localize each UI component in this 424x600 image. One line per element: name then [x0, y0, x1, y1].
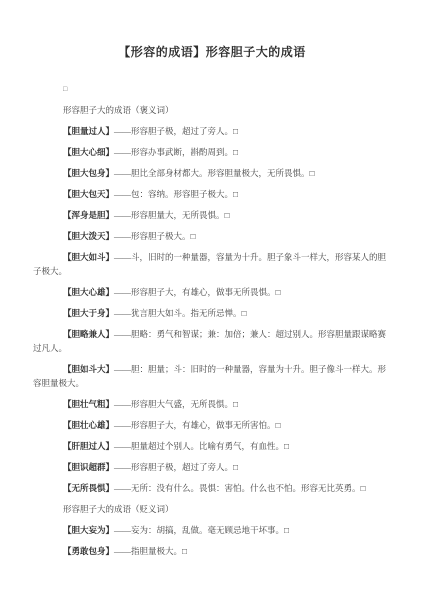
idiom-definition: ——形容胆量大，无所畏惧。□: [114, 210, 230, 220]
idiom-term: 【肝胆过人】: [63, 441, 114, 451]
idiom-entry: 【勇敢包身】——指胆量极大。□: [33, 544, 391, 558]
idiom-entry: 【胆壮心雄】——形容胆子大，有雄心，做事无所害怕。□: [33, 418, 391, 432]
idiom-entry: 【浑身是胆】——形容胆量大，无所畏惧。□: [33, 208, 391, 222]
idiom-definition: ——形容胆子大，有雄心，做事无所畏惧。□: [114, 287, 281, 297]
section-heading-negative: 形容胆子大的成语（贬义词）: [33, 502, 391, 516]
idiom-entry: 【胆量过人】——形容胆子极，超过了旁人。□: [33, 124, 391, 138]
missing-glyph-box: □: [33, 82, 391, 96]
idiom-entry: 【胆大泼天】——形容胆子极大。□: [33, 229, 391, 243]
idiom-definition: ——包：容纳。形容胆子极大。□: [114, 189, 238, 199]
idiom-entry: 【肝胆过人】——胆量超过个别人。比喻有勇气，有血性。□: [33, 439, 391, 453]
idiom-entry: 【胆大妄为】——妄为：胡搞，乱做。毫无顾忌地干坏事。□: [33, 523, 391, 537]
idiom-entry: 【胆大心细】——形容办事武断，斟酌周到。□: [33, 145, 391, 159]
idiom-term: 【胆大于身】: [63, 308, 114, 318]
idiom-term: 【胆量过人】: [63, 126, 114, 136]
idiom-entry: 【无所畏惧】——无所：没有什么。畏惧：害怕。什么也不怕。形容无比英勇。□: [33, 481, 391, 495]
idiom-definition: ——形容胆子极，超过了旁人。□: [114, 126, 238, 136]
idiom-term: 【胆大包身】: [63, 168, 114, 178]
document-page: 【形容的成语】形容胆子大的成语 □ 形容胆子大的成语（褒义词） 【胆量过人】——…: [0, 0, 424, 600]
idiom-term: 【胆大泼天】: [63, 231, 114, 241]
page-title: 【形容的成语】形容胆子大的成语: [33, 44, 391, 60]
idiom-entry: 【胆如斗大】——胆：胆量；斗：旧时的一种量器，容量为十升。胆子像斗一样大。形容胆…: [33, 362, 391, 390]
idiom-definition: ——形容办事武断，斟酌周到。□: [114, 147, 238, 157]
idiom-term: 【胆如斗大】: [63, 364, 114, 374]
idiom-definition: ——妄为：胡搞，乱做。毫无顾忌地干坏事。□: [114, 525, 289, 535]
section-heading-positive: 形容胆子大的成语（褒义词）: [33, 103, 391, 117]
idiom-definition: ——形容胆大气盛，无所畏惧。□: [114, 399, 238, 409]
idiom-entry: 【胆大如斗】——斗，旧时的一种量器，容量为十升。胆子象斗一样大，形容某人的胆子极…: [33, 250, 391, 278]
idiom-entry: 【胆大包身】——胆比全部身材都大。形容胆量极大，无所畏惧。□: [33, 166, 391, 180]
idiom-term: 【胆略兼人】: [63, 329, 114, 339]
idiom-entry: 【胆壮气粗】——形容胆大气盛，无所畏惧。□: [33, 397, 391, 411]
idiom-definition: ——形容胆子极大。□: [114, 231, 196, 241]
idiom-term: 【勇敢包身】: [63, 546, 114, 556]
idiom-entry: 【胆大包天】——包：容纳。形容胆子极大。□: [33, 187, 391, 201]
idiom-term: 【胆识超群】: [63, 462, 114, 472]
idiom-definition: ——犹言胆大如斗。指无所忌惮。□: [114, 308, 247, 318]
idiom-term: 【胆大如斗】: [63, 252, 114, 262]
idiom-term: 【胆大包天】: [63, 189, 114, 199]
idiom-term: 【胆大心细】: [63, 147, 114, 157]
idiom-definition: ——形容胆子极，超过了旁人。□: [114, 462, 238, 472]
idiom-term: 【胆壮气粗】: [63, 399, 114, 409]
idiom-term: 【胆壮心雄】: [63, 420, 114, 430]
idiom-definition: ——胆量超过个别人。比喻有勇气，有血性。□: [114, 441, 289, 451]
idiom-entry: 【胆识超群】——形容胆子极，超过了旁人。□: [33, 460, 391, 474]
idiom-entry: 【胆略兼人】——胆略：勇气和智谋；兼：加倍；兼人：超过别人。形容胆量跟谋略赛过凡…: [33, 327, 391, 355]
idiom-entry: 【胆大于身】——犹言胆大如斗。指无所忌惮。□: [33, 306, 391, 320]
idiom-term: 【胆大心雄】: [63, 287, 114, 297]
idiom-term: 【胆大妄为】: [63, 525, 114, 535]
idiom-definition: ——指胆量极大。□: [114, 546, 187, 556]
idiom-entry: 【胆大心雄】——形容胆子大，有雄心，做事无所畏惧。□: [33, 285, 391, 299]
idiom-definition: ——胆比全部身材都大。形容胆量极大，无所畏惧。□: [114, 168, 315, 178]
idiom-definition: ——无所：没有什么。畏惧：害怕。什么也不怕。形容无比英勇。□: [114, 483, 366, 493]
idiom-term: 【浑身是胆】: [63, 210, 114, 220]
idiom-term: 【无所畏惧】: [63, 483, 114, 493]
idiom-definition: ——形容胆子大，有雄心，做事无所害怕。□: [114, 420, 281, 430]
